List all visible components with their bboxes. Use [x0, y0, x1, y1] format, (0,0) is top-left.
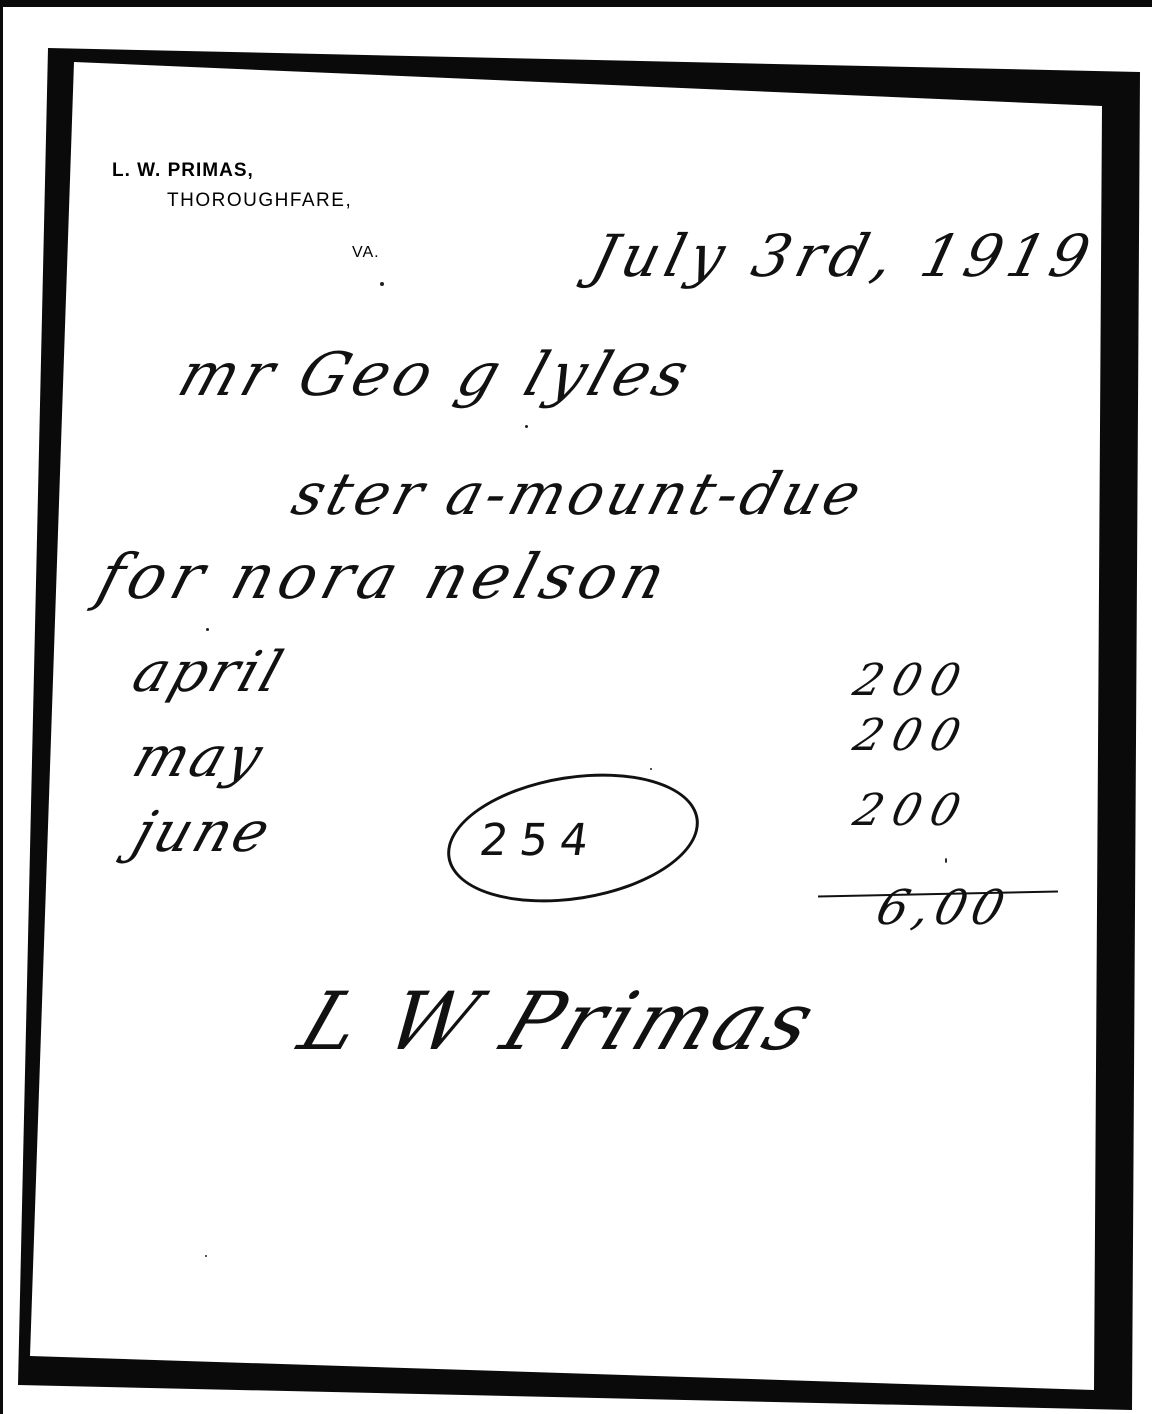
- addressee: mr Geo g lyles: [170, 340, 702, 410]
- body-line-2: for nora nelson: [90, 540, 680, 613]
- ledger-amount-june: 200: [848, 785, 976, 836]
- signature: L W Primas: [288, 975, 830, 1068]
- circled-note: 254: [476, 815, 603, 866]
- scan-speck: [206, 628, 209, 631]
- letterhead-town: THOROUGHFARE,: [167, 190, 352, 212]
- document-frame: [0, 0, 1152, 1414]
- frame-border: [0, 0, 1152, 1414]
- scan-speck: [525, 425, 528, 428]
- scan-speck: [380, 282, 384, 286]
- letterhead-state: VA.: [352, 244, 380, 262]
- ledger-month-june: june: [125, 800, 281, 865]
- scan-speck: [205, 1255, 207, 1257]
- ledger-month-may: may: [125, 725, 273, 790]
- letterhead-name: L. W. PRIMAS,: [112, 160, 254, 182]
- ledger-month-april: april: [125, 640, 293, 705]
- ledger-amount-may: 200: [848, 710, 976, 761]
- ledger-amount-april: 200: [848, 655, 976, 706]
- body-line-1: ster a-mount-due: [285, 460, 873, 528]
- scan-speck: [650, 768, 652, 770]
- ledger-total: 6,00: [870, 880, 1016, 936]
- scan-speck: [945, 858, 947, 863]
- document-date: July 3rd, 1919: [585, 222, 1103, 290]
